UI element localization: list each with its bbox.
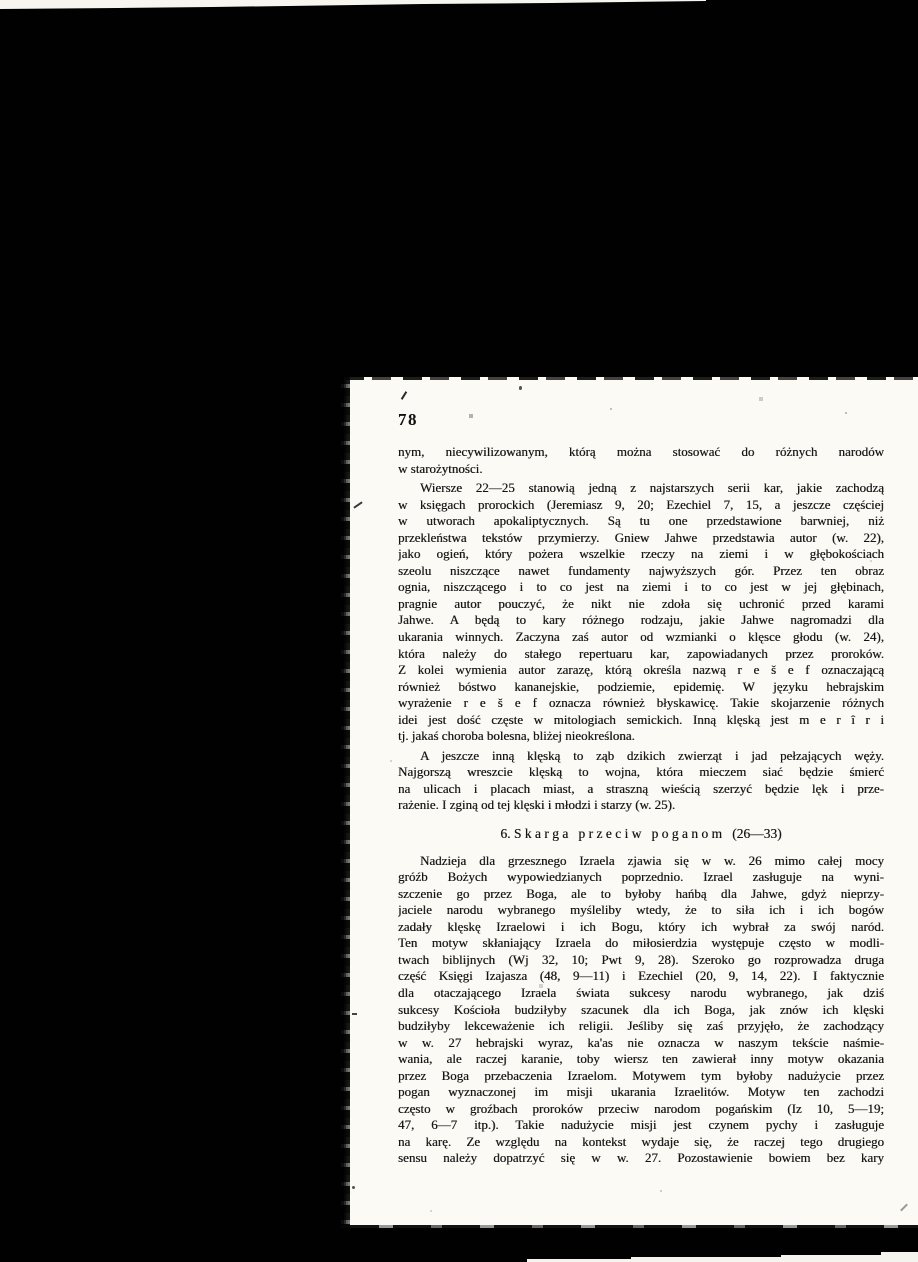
text-line: która należy do stałego repertuaru kar, … bbox=[398, 646, 884, 663]
text-line: zadały klęskę Izraelowi i ich Bogu, któr… bbox=[398, 919, 884, 936]
scanner-background: 78 nym, niecywilizowanym, którą można st… bbox=[0, 0, 918, 1262]
scan-top-edge-sliver bbox=[0, 0, 706, 10]
text-line: jaciele narodu wybranego myśleliby wtedy… bbox=[398, 902, 884, 919]
text-line: część Księgi Izajasza (48, 9—11) i Ezech… bbox=[398, 968, 884, 985]
text-line: pogan wyznaczonej im misji ukarania Izra… bbox=[398, 1084, 884, 1101]
text-line: sukcesy Kościoła budziłyby szacunek dla … bbox=[398, 1002, 884, 1019]
text-line: również bóstwo kananejskie, podziemie, e… bbox=[398, 679, 884, 696]
paragraph: Wiersze 22—25 stanowią jedną z najstarsz… bbox=[398, 480, 884, 745]
text-line: 47, 6—7 itp.). Takie nadużycie misji jes… bbox=[398, 1117, 884, 1134]
text-line: budziłyby lekceważenie ich religii. Jeśl… bbox=[398, 1018, 884, 1035]
text-line: szeolu niszczące nawet fundamenty najwyż… bbox=[398, 563, 884, 580]
page-text: nym, niecywilizowanym, którą można stoso… bbox=[398, 444, 884, 1167]
page-top-tear-edge bbox=[345, 377, 918, 380]
scan-bottom-edge-notch bbox=[881, 1252, 918, 1262]
page-gutter-edge bbox=[341, 377, 350, 1228]
text-line: rażenie. I zginą od tej klęski i młodzi … bbox=[398, 797, 884, 814]
text-line: ognia, niszczącego i to co jest na ziemi… bbox=[398, 579, 884, 596]
text-line: A jeszcze inną klęską to ząb dzikich zwi… bbox=[398, 748, 884, 765]
text-line: w w. 27 hebrajski wyraz, ka'as nie oznac… bbox=[398, 1035, 884, 1052]
paragraph: Nadzieja dla grzesznego Izraela zjawia s… bbox=[398, 853, 884, 1167]
text-line: przekleństwa tekstów przymierzy. Gniew J… bbox=[398, 530, 884, 547]
text-line: w księgach prorockich (Jeremiasz 9, 20; … bbox=[398, 497, 884, 514]
text-line: gróźb Bożych wypowiedzianych poprzednio.… bbox=[398, 869, 884, 886]
text-line: ukarania winnych. Zaczyna zaś autor od w… bbox=[398, 629, 884, 646]
text-line: twach biblijnych (Wj 32, 10; Pwt 9, 28).… bbox=[398, 952, 884, 969]
scan-bottom-edge-notch bbox=[631, 1257, 781, 1262]
text-line: wania, ale raczej karanie, toby wiersz t… bbox=[398, 1051, 884, 1068]
text-line: idei jest dość częste w mitologiach semi… bbox=[398, 712, 884, 729]
text-line: Nadzieja dla grzesznego Izraela zjawia s… bbox=[398, 853, 884, 870]
text-line: Najgorszą wreszcie klęską to wojna, któr… bbox=[398, 764, 884, 781]
text-line: wyrażenie r e š e f oznacza również błys… bbox=[398, 695, 884, 712]
scan-bottom-edge-notch bbox=[781, 1255, 881, 1262]
page-number: 78 bbox=[398, 410, 418, 430]
text-line: na karę. Ze względu na kontekst wydaje s… bbox=[398, 1134, 884, 1151]
text-line: Ten motyw skłaniający Izraela do miłosie… bbox=[398, 935, 884, 952]
text-line: w utworach apokaliptycznych. Są tu one p… bbox=[398, 513, 884, 530]
text-line: tj. jakaś choroba bolesna, bliżej nieokr… bbox=[398, 728, 884, 745]
text-line: Z kolei wymienia autor zarazę, którą okr… bbox=[398, 662, 884, 679]
text-line: pragnie autor pouczyć, że nikt nie zdoła… bbox=[398, 596, 884, 613]
text-line: często w groźbach proroków przeciw narod… bbox=[398, 1101, 884, 1118]
text-line: szczenie go przez Boga, ale to byłoby ha… bbox=[398, 886, 884, 903]
scan-noise-speckles bbox=[0, 0, 2, 2]
text-line: w starożytności. bbox=[398, 461, 884, 478]
text-line: nym, niecywilizowanym, którą można stoso… bbox=[398, 444, 884, 461]
paragraph: nym, niecywilizowanym, którą można stoso… bbox=[398, 444, 884, 477]
text-line: przez Boga przebaczenia Izraelom. Motywe… bbox=[398, 1068, 884, 1085]
page-bottom-tear-edge bbox=[341, 1225, 918, 1228]
text-line: Wiersze 22—25 stanowią jedną z najstarsz… bbox=[398, 480, 884, 497]
scan-noise-mark bbox=[352, 1013, 357, 1015]
text-line: jako ogień, który pożera wszelkie rzeczy… bbox=[398, 546, 884, 563]
paragraph: A jeszcze inną klęską to ząb dzikich zwi… bbox=[398, 748, 884, 814]
scan-noise-mark bbox=[352, 1186, 355, 1189]
section-heading: 6. S k a r g a p r z e c i w p o g a n o… bbox=[398, 826, 884, 843]
scanned-page: 78 nym, niecywilizowanym, którą można st… bbox=[341, 377, 918, 1228]
text-line: dla otaczającego Izraela świata sukcesy … bbox=[398, 985, 884, 1002]
text-line: Jahwe. A będą to kary różnego rodzaju, j… bbox=[398, 612, 884, 629]
text-line: na ulicach i placach miast, a straszną w… bbox=[398, 781, 884, 798]
text-line: sensu należy dopatrzyć się w w. 27. Pozo… bbox=[398, 1150, 884, 1167]
